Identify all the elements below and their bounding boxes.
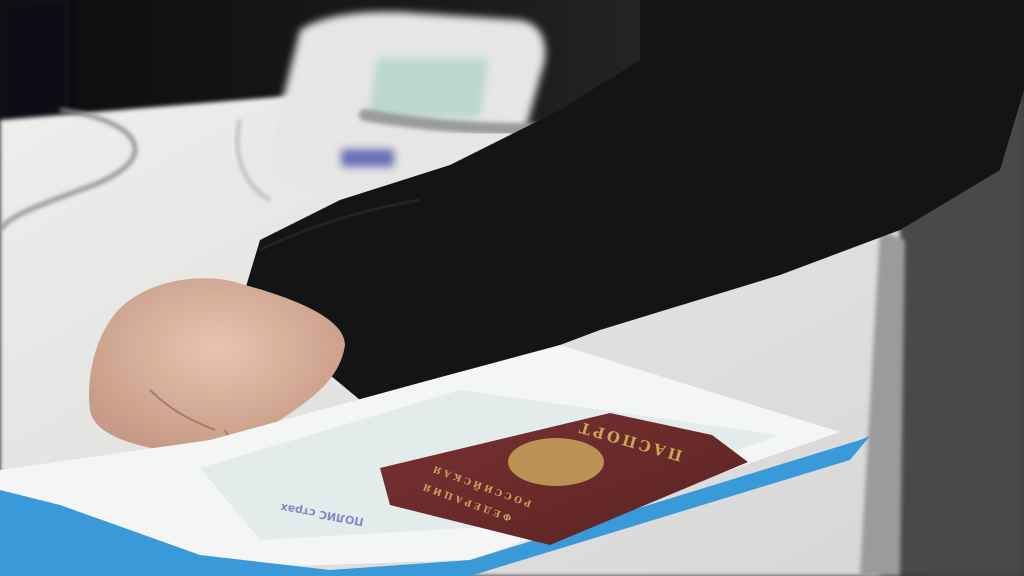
coat-of-arms-icon: [508, 438, 604, 486]
photo-scene: ПАСПОРТ РОССИЙСКАЯ ФЕДЕРАЦИЯ ПОЛИС страх: [0, 0, 1024, 576]
scene-illustration: [0, 0, 1024, 576]
